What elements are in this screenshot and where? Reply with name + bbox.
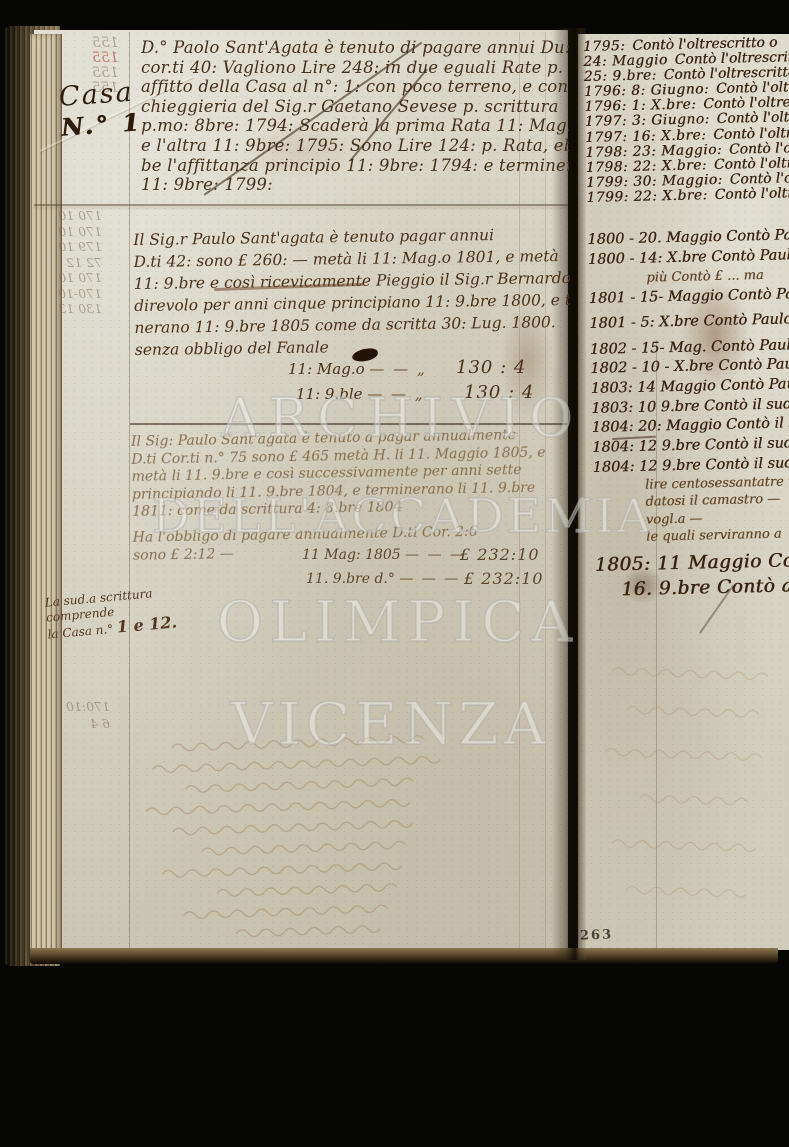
row-date: 1801 - 5: [589, 315, 654, 332]
row-date: 1804: 20: [592, 418, 662, 436]
row-text: Maggio Contò il sud.o a [666, 414, 789, 434]
manuscript-photo: 155 155 155 155 170 10 170 10 179 10 72 … [0, 0, 789, 1147]
row-text: vogl.a — [646, 511, 703, 527]
row-date: 1804: 12 [592, 458, 657, 475]
page-edge-stack [30, 34, 62, 956]
row-date: 1802 - 10 - [590, 359, 669, 377]
bleed-number: 6 4 [66, 715, 110, 732]
entry-line: cor.ti 40: Vagliono Lire 248: in due egu… [141, 58, 569, 78]
entry-line: be l'affittanza principio 11: 9bre: 1794… [141, 156, 569, 176]
row-text: le quali serviranno a [646, 527, 782, 545]
horizontal-rule [130, 423, 568, 425]
bleed-number: 155 [92, 51, 119, 66]
row-text: 9.bre Contò a saldo [658, 574, 789, 599]
row-text: X.bre Contò Paulo S. [674, 356, 789, 375]
amount-date: 11: 9.ble [296, 385, 363, 403]
ledger-section-1800-1804: 1800 - 20. Maggio Contò Paulo 1800 - 14:… [587, 225, 789, 458]
bleed-number: 170 10 [58, 208, 102, 224]
row-text: datosi il camastro — [645, 492, 780, 510]
row-text: Contò l'oltr [714, 185, 789, 203]
row-date: 1801 - 15- [589, 289, 664, 307]
ledger-row: 1801 - 5: X.bre Contò Paulo S. M.80 [589, 309, 789, 340]
row-text: Maggio Contò Paulo [688, 548, 789, 574]
row-text: lire centosessantatre ve [645, 474, 789, 493]
dash-fill: — — — [399, 571, 460, 587]
row-date: 1803: 10 [591, 399, 656, 416]
ledger-section-1804-1805: 1804: 12 9.bre Contò il sud.o Sig. lire … [592, 453, 789, 602]
row-date: 1800 - 20. [587, 230, 661, 248]
bleed-number: 72 12 [58, 255, 102, 271]
amount-date: 11. 9.bre d.° [306, 571, 395, 587]
row-date: 1804: 12 [592, 438, 657, 455]
dash-fill: — — „ [367, 385, 424, 403]
row-text: X.bre Contò Paulo S. [667, 246, 789, 265]
row-text: 9.bre Contò il sud.o Sig. [662, 454, 789, 474]
page-number-stamp: 263 [580, 927, 614, 943]
ledger-entry-1794: D.° Paolo Sant'Agata è tenuto di pagare … [141, 38, 569, 195]
dash-fill: — — — [405, 547, 466, 563]
amount-date: 11: Mag.o [288, 360, 365, 378]
casa-number: N.° 1 [60, 107, 143, 143]
bleed-number: 179 10 [58, 239, 102, 255]
bleed-number: 130 13 [58, 301, 102, 317]
bleed-number: 170 10 [58, 224, 102, 240]
bleed-number: 170 10 [58, 270, 102, 286]
book-bottom-edge [30, 948, 778, 964]
entry-line: chieggieria del Sig.r Gaetano Sevese p. … [141, 97, 569, 117]
amount-row: 11 Mag: 1805 — — — £ 232:10 [302, 547, 466, 563]
row-text: Maggio Contò Paulo [660, 376, 789, 395]
row-text: 9.bre Contò il sud.o [661, 396, 789, 415]
row-date: 1800 - 14: [588, 250, 663, 268]
ledger-section-1795-1799: 1795:Contò l'oltrescritto o 24: MaggioCo… [583, 34, 789, 206]
bleedthrough-numbers: 170 10 170 10 179 10 72 12 170 10 170-10… [58, 208, 102, 317]
row-date: 16. [621, 578, 652, 600]
amount-value: 130 : 4 [456, 357, 526, 378]
row-date: 1803: 14 [591, 379, 656, 396]
bleedthrough-numbers: 170:10 6 4 [66, 698, 110, 732]
margin-note-casa: Casa N.° 1 [58, 77, 143, 142]
entry-line: D.° Paolo Sant'Agata è tenuto di pagare … [141, 38, 569, 58]
bleed-number: 170-10 [58, 286, 102, 302]
row-text: più Contò £ ... ma [646, 268, 764, 286]
amount-value: £ 232:10 [464, 569, 544, 588]
entry-line: p.mo: 8bre: 1794: Scaderà la prima Rata … [141, 116, 569, 136]
row-text: Mag. Contò Paulo S. [669, 336, 789, 355]
row-date: 1799: 22: X.bre: [586, 187, 708, 206]
row-text: Maggio Contò Paulo S. [668, 285, 789, 305]
amount-row: 11: 9.ble — — „ 130 : 4 [296, 385, 425, 403]
amount-value: 130 : 4 [464, 382, 534, 403]
dash-fill: — — „ [369, 360, 426, 378]
bleed-number: 170:10 [66, 698, 110, 715]
row-text: 9.bre Contò il sud.o a sal [661, 434, 789, 454]
horizontal-crease [34, 204, 568, 206]
ledger-entry-1800: Il Sig.r Paulo Sant'agata è tenuto pagar… [133, 223, 571, 361]
row-date: 1805: 11 [595, 552, 682, 575]
row-text: Maggio Contò Paulo [666, 227, 789, 246]
row-date: 1802 - 15- [590, 340, 665, 358]
amount-value: £ 232:10 [460, 545, 540, 564]
amount-date: 11 Mag: 1805 [302, 547, 401, 563]
bleed-number: 155 [92, 36, 119, 51]
amount-row: 11. 9.bre d.° — — — £ 232:10 [306, 571, 460, 587]
row-text: X.bre Contò Paulo S. M. [659, 311, 789, 331]
margin-rule [129, 32, 130, 956]
amount-row: 11: Mag.o — — „ 130 : 4 [288, 360, 427, 378]
